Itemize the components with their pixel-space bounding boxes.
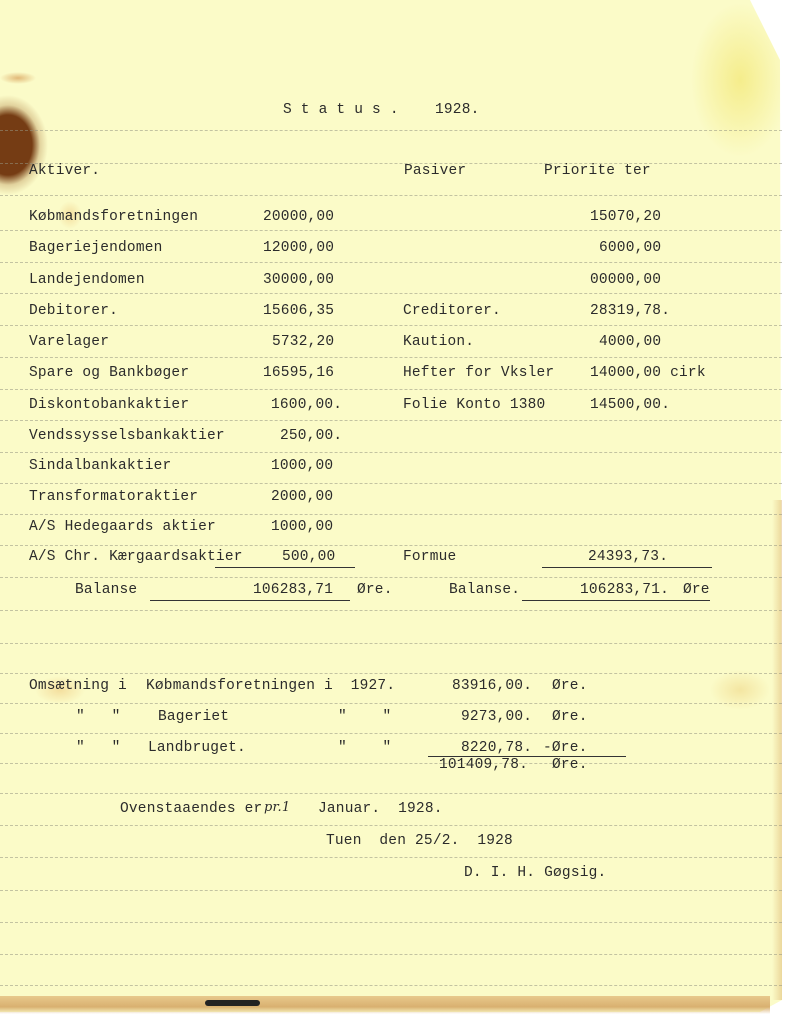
asset-value: 12000,00 xyxy=(263,240,334,256)
asset-label: Debitorer. xyxy=(29,303,118,319)
ruled-line xyxy=(0,357,782,358)
asset-label: Spare og Bankbøger xyxy=(29,365,189,381)
ruled-line xyxy=(0,230,782,231)
turnover-prefix: " " xyxy=(76,740,121,756)
ruled-line xyxy=(0,763,782,764)
liability-label: Kaution. xyxy=(403,334,474,350)
ruled-line xyxy=(0,673,782,674)
asset-value: 1000,00 xyxy=(271,519,333,535)
ruled-line xyxy=(0,420,782,421)
asset-value: 20000,00 xyxy=(263,209,334,225)
ruled-line xyxy=(0,610,782,611)
asset-value: 15606,35 xyxy=(263,303,334,319)
document-year: 1928. xyxy=(435,102,480,118)
asset-value: 2000,00 xyxy=(271,489,333,505)
statement-date: Januar. 1928. xyxy=(318,801,443,817)
ruled-line xyxy=(0,514,782,515)
ruled-line xyxy=(0,577,782,578)
asset-value: 5732,20 xyxy=(272,334,334,350)
balance-left-value: 106283,71 xyxy=(253,582,333,598)
ruled-line xyxy=(0,985,782,986)
ruled-line xyxy=(0,890,782,891)
asset-value: 30000,00 xyxy=(263,272,334,288)
underline xyxy=(215,567,355,568)
ruled-line xyxy=(0,293,782,294)
ruled-line xyxy=(0,922,782,923)
turnover-total-value: 101409,78. xyxy=(439,757,528,773)
asset-value: 16595,16 xyxy=(263,365,334,381)
turnover-label: Bageriet xyxy=(158,709,229,725)
underline xyxy=(542,567,712,568)
liability-label: Hefter for Vksler xyxy=(403,365,554,381)
asset-label: A/S Hedegaards aktier xyxy=(29,519,216,535)
balance-right-value: 106283,71. xyxy=(580,582,669,598)
turnover-ditto: " " xyxy=(338,709,391,725)
balance-left-unit: Øre. xyxy=(357,582,393,598)
asset-label: Købmandsforetningen xyxy=(29,209,198,225)
ruled-line xyxy=(0,954,782,955)
paper-sheet xyxy=(0,0,782,1012)
ruled-line xyxy=(0,793,782,794)
ruled-line xyxy=(0,703,782,704)
turnover-ditto: " " xyxy=(338,740,391,756)
ruled-line xyxy=(0,825,782,826)
ruled-line xyxy=(0,262,782,263)
underline xyxy=(150,600,350,601)
asset-label: Bageriejendomen xyxy=(29,240,163,256)
asset-label: A/S Chr. Kærgaardsaktier xyxy=(29,549,243,565)
ruled-line xyxy=(0,545,782,546)
liability-value: 4000,00 xyxy=(599,334,661,350)
liability-label: Creditorer. xyxy=(403,303,501,319)
asset-value: 1000,00 xyxy=(271,458,333,474)
asset-value: 250,00. xyxy=(280,428,342,444)
balance-right-unit: Øre xyxy=(683,582,710,598)
turnover-prefix: " " xyxy=(76,709,121,725)
document-title: S t a t u s . xyxy=(283,102,399,118)
turnover-value: 83916,00. xyxy=(452,678,532,694)
priority-value: 15070,20 xyxy=(590,209,661,225)
liability-label: Folie Konto 1380 xyxy=(403,397,545,413)
place-date: Tuen den 25/2. 1928 xyxy=(326,833,513,849)
handwritten-insert: pr.1 xyxy=(264,800,290,815)
asset-value: 500,00 xyxy=(282,549,335,565)
ruled-line xyxy=(0,195,782,196)
turnover-value: 8220,78. xyxy=(461,740,532,756)
turnover-total-unit: Øre. xyxy=(552,757,588,773)
asset-label: Landejendomen xyxy=(29,272,145,288)
asset-label: Vendssysselsbankaktier xyxy=(29,428,225,444)
turnover-unit: Øre. xyxy=(552,709,588,725)
turnover-value: 9273,00. xyxy=(461,709,532,725)
balance-left-label: Balanse xyxy=(75,582,137,598)
turnover-label: Købmandsforetningen i 1927. xyxy=(146,678,395,694)
asset-label: Varelager xyxy=(29,334,109,350)
assets-header: Aktiver. xyxy=(29,163,100,179)
turnover-prefix: Omsætning i xyxy=(29,678,127,694)
ruled-line xyxy=(0,643,782,644)
liability-value: 28319,78. xyxy=(590,303,670,319)
underline xyxy=(522,600,710,601)
equity-label: Formue xyxy=(403,549,456,565)
liability-value: 14500,00. xyxy=(590,397,670,413)
priority-value: 6000,00 xyxy=(599,240,661,256)
ruled-line xyxy=(0,389,782,390)
priorities-header: Priorite ter xyxy=(544,163,651,179)
paper-edge-stain xyxy=(772,500,782,1000)
tape-mark xyxy=(205,1000,260,1006)
liability-value: 14000,00 cirk xyxy=(590,365,706,381)
turnover-unit: Øre. xyxy=(552,678,588,694)
liabilities-header: Pasiver xyxy=(404,163,466,179)
ruled-line xyxy=(0,163,782,164)
turnover-unit: -Øre. xyxy=(543,740,588,756)
ruled-line xyxy=(0,325,782,326)
paper-torn-edge xyxy=(0,996,770,1014)
asset-label: Diskontobankaktier xyxy=(29,397,189,413)
ruled-line xyxy=(0,452,782,453)
ruled-line xyxy=(0,130,782,131)
turnover-label: Landbruget. xyxy=(148,740,246,756)
signature: D. I. H. Gøgsig. xyxy=(464,865,606,881)
balance-right-label: Balanse. xyxy=(449,582,520,598)
ruled-line xyxy=(0,483,782,484)
statement-text: Ovenstaaendes er xyxy=(120,801,262,817)
ruled-line xyxy=(0,733,782,734)
equity-value: 24393,73. xyxy=(588,549,668,565)
asset-label: Sindalbankaktier xyxy=(29,458,171,474)
ruled-line xyxy=(0,857,782,858)
asset-label: Transformatoraktier xyxy=(29,489,198,505)
priority-value: 00000,00 xyxy=(590,272,661,288)
asset-value: 1600,00. xyxy=(271,397,342,413)
